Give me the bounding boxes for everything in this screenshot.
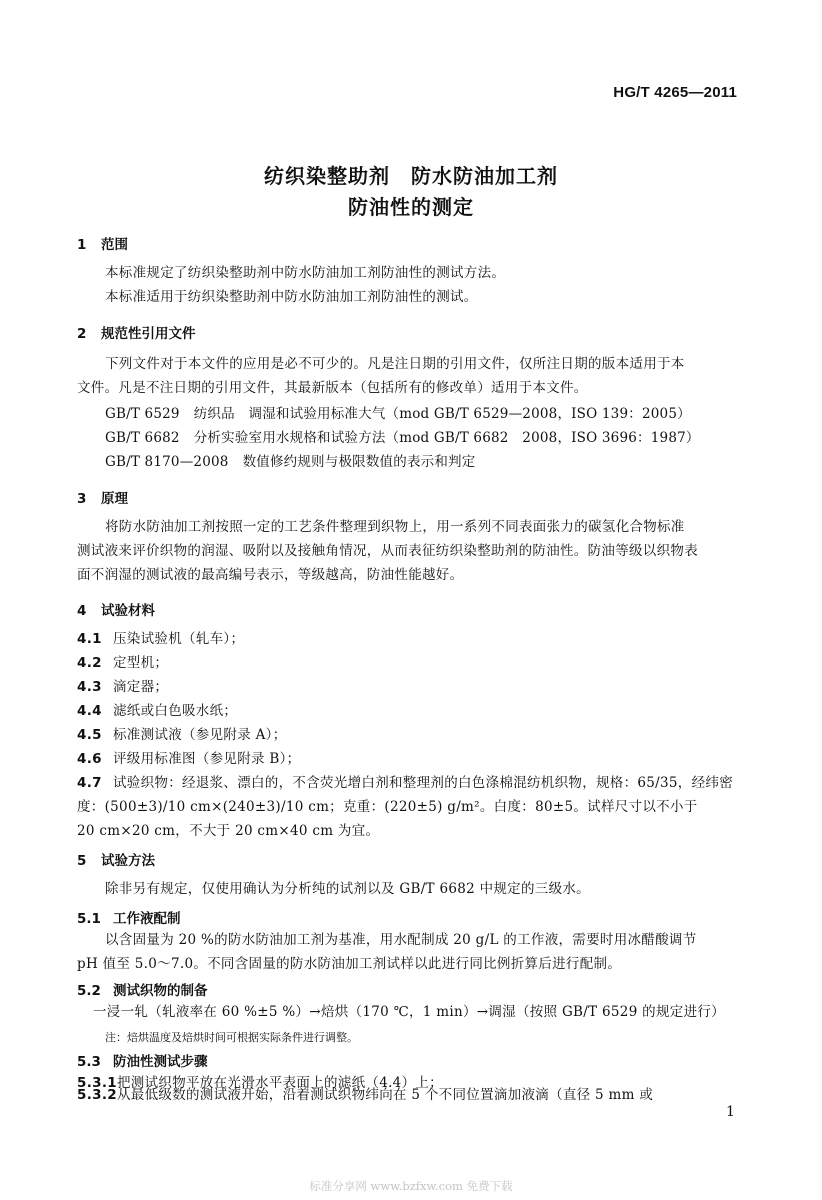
item-text: 评级用标准图（参见附录 B）； [113,751,300,767]
step-text: 从最低级数的测试液开始，沿着测试织物纬向在 5 个不同位置滴加液滴（直径 5 m… [117,1087,653,1103]
section-number: 4 [77,603,101,619]
item-number: 4.7 [77,771,113,795]
paragraph-line: 将防水防油加工剂按照一定的工艺条件整理到织物上，用一系列不同表面张力的碳氢化合物… [105,515,745,539]
normative-reference: GB/T 6529纺织品 调湿和试验用标准大气（mod GB/T 6529—20… [105,402,691,422]
paragraph-line: 测试液来评价织物的润湿、吸附以及接触角情况，从而表征纺织染整助剂的防油性。防油等… [77,539,745,563]
section-heading-1: 1范围 [77,233,128,253]
item-text: 压染试验机（轧车）； [113,631,244,647]
list-item: 4.7试验织物：经退浆、漂白的，不含荧光增白剂和整理剂的白色涤棉混纺机织物，规格… [77,771,745,795]
section-title: 原理 [101,491,128,507]
list-item: 4.4滤纸或白色吸水纸； [77,699,745,723]
section-number: 3 [77,491,101,507]
item-number: 4.3 [77,675,113,699]
item-text: 滤纸或白色吸水纸； [113,703,237,719]
section-title: 试验方法 [101,853,155,869]
section-heading-3: 3原理 [77,487,128,507]
reference-code: GB/T 6529 [105,406,180,422]
subsection-title: 工作液配制 [113,911,181,927]
document-code: HG/T 4265—2011 [613,84,737,101]
paragraph-line: pH 值至 5.0～7.0。不同含固量的防水防油加工剂试样以此进行同比例折算后进… [77,952,745,976]
reference-title: 分析实验室用水规格和试验方法（mod GB/T 6682 2008，ISO 36… [194,430,700,446]
page-number: 1 [726,1104,735,1120]
watermark: 标准分享网 www.bzfxw.com 免费下载 [0,1178,822,1194]
item-number: 4.2 [77,651,113,675]
section-number: 1 [77,237,101,253]
subsection-heading-5-3: 5.3防油性测试步骤 [77,1050,208,1070]
section-title: 规范性引用文件 [101,326,196,342]
subsection-heading-5-1: 5.1工作液配制 [77,907,181,927]
paragraph-line: 以含固量为 20 %的防水防油加工剂为基准，用水配制成 20 g/L 的工作液，… [105,928,745,952]
item-text: 定型机； [113,655,168,671]
section-number: 2 [77,326,101,342]
reference-title: 数值修约规则与极限数值的表示和判定 [243,454,476,470]
subsection-heading-5-2: 5.2测试织物的制备 [77,979,208,999]
list-item: 4.5标准测试液（参见附录 A）； [77,723,745,747]
paragraph: 本标准适用于纺织染整助剂中防水防油加工剂防油性的测试。 [105,285,745,309]
reference-code: GB/T 8170—2008 [105,454,229,470]
paragraph-line: 度：(500±3)/10 cm×(240±3)/10 cm；克重：(220±5)… [77,795,745,819]
paragraph-line: 下列文件对于本文件的应用是必不可少的。凡是注日期的引用文件，仅所注日期的版本适用… [105,352,745,376]
item-text: 滴定器； [113,679,168,695]
step-item-5-3-2: 5.3.2从最低级数的测试液开始，沿着测试织物纬向在 5 个不同位置滴加液滴（直… [77,1083,745,1107]
subsection-number: 5.3 [77,1054,113,1070]
normative-reference: GB/T 6682分析实验室用水规格和试验方法（mod GB/T 6682 20… [105,426,700,446]
section-title: 试验材料 [101,603,155,619]
item-number: 4.6 [77,747,113,771]
paragraph: 除非另有规定，仅使用确认为分析纯的试剂以及 GB/T 6682 中规定的三级水。 [105,877,745,901]
subsection-title: 测试织物的制备 [113,983,208,999]
section-heading-5: 5试验方法 [77,849,155,869]
reference-title: 纺织品 调湿和试验用标准大气（mod GB/T 6529—2008，ISO 13… [194,406,691,422]
reference-code: GB/T 6682 [105,430,180,446]
item-number: 4.1 [77,627,113,651]
section-heading-4: 4试验材料 [77,599,155,619]
step-number: 5.3.2 [77,1083,117,1107]
section-title: 范围 [101,237,128,253]
item-number: 4.4 [77,699,113,723]
note: 注：焙烘温度及焙烘时间可根据实际条件进行调整。 [105,1029,358,1045]
normative-reference: GB/T 8170—2008数值修约规则与极限数值的表示和判定 [105,450,475,470]
list-item: 4.1压染试验机（轧车）； [77,627,745,651]
paragraph: 本标准规定了纺织染整助剂中防水防油加工剂防油性的测试方法。 [105,261,745,285]
process-flow: 一浸一轧（轧液率在 60 %±5 %）→焙烘（170 ℃，1 min）→调湿（按… [93,1000,761,1024]
section-number: 5 [77,853,101,869]
paragraph-line: 面不润湿的测试液的最高编号表示，等级越高，防油性能越好。 [77,563,745,587]
subsection-number: 5.1 [77,911,113,927]
paragraph-line: 文件。凡是不注日期的引用文件，其最新版本（包括所有的修改单）适用于本文件。 [77,376,745,400]
list-item: 4.2定型机； [77,651,745,675]
item-number: 4.5 [77,723,113,747]
subsection-number: 5.2 [77,983,113,999]
document-page: HG/T 4265—2011 纺织染整助剂 防水防油加工剂 防油性的测定 1范围… [0,0,822,1200]
list-item: 4.6评级用标准图（参见附录 B）； [77,747,745,771]
item-text: 标准测试液（参见附录 A）； [113,727,287,743]
document-title-line1: 纺织染整助剂 防水防油加工剂 [0,160,822,189]
document-title-line2: 防油性的测定 [0,191,822,220]
list-item: 4.3滴定器； [77,675,745,699]
paragraph-line: 20 cm×20 cm，不大于 20 cm×40 cm 为宜。 [77,819,745,843]
section-heading-2: 2规范性引用文件 [77,322,196,342]
subsection-title: 防油性测试步骤 [113,1054,208,1070]
item-text: 试验织物：经退浆、漂白的，不含荧光增白剂和整理剂的白色涤棉混纺机织物，规格：65… [113,775,733,791]
